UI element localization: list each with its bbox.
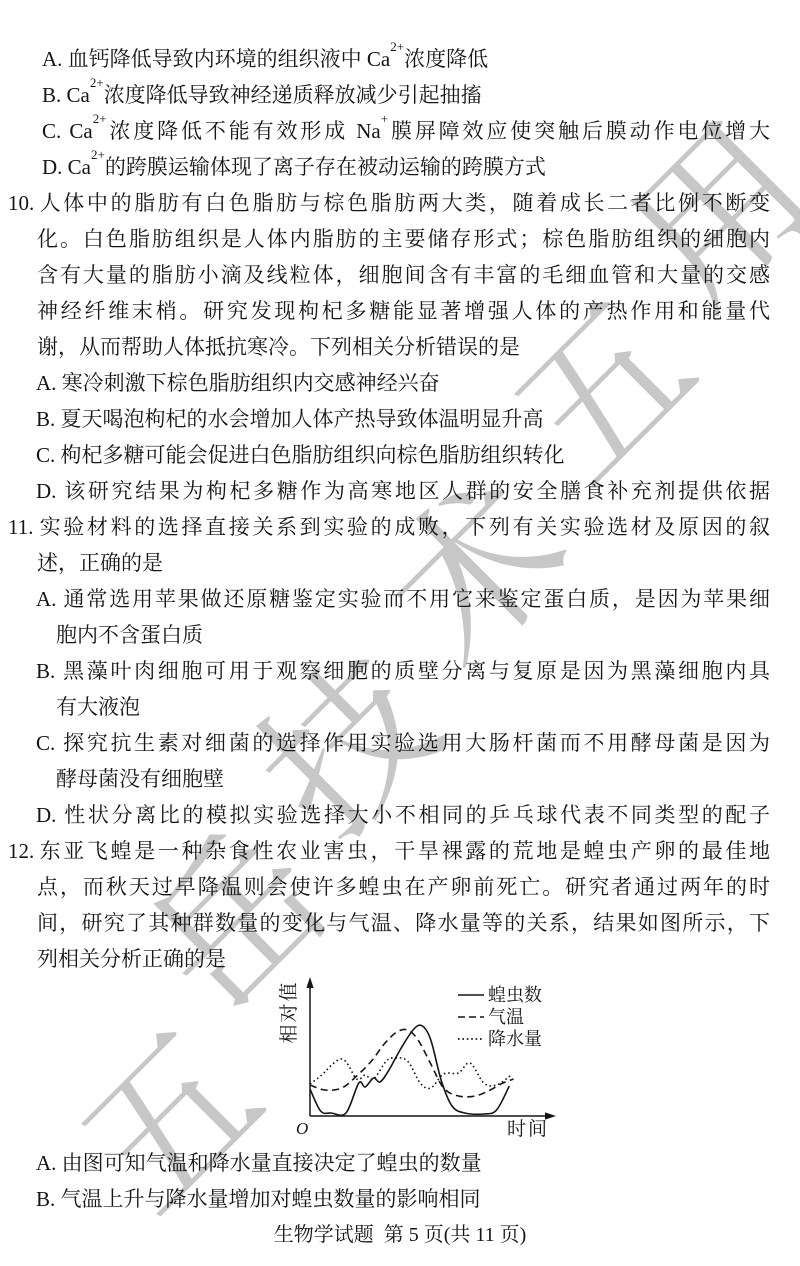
- line-text: 间，研究了其种群数量的变化与气温、降水量等的关系，结果如图所示，下: [37, 911, 770, 935]
- option-line: 胞内不含蛋白质: [0, 617, 800, 653]
- line-text: D. 该研究结果为枸杞多糖作为高寒地区人群的安全膳食补充剂提供依据: [36, 479, 770, 503]
- question-line: 11.实验材料的选择直接关系到实验的成败，下列有关实验选材及原因的叙: [0, 509, 800, 545]
- line-text: C. 探究抗生素对细菌的选择作用实验选用大肠杆菌而不用酵母菌是因为: [36, 731, 770, 755]
- legend-label-locusts: 蝗虫数: [488, 985, 542, 1005]
- question-line: 述，正确的是: [0, 545, 800, 581]
- chart-row: 相对值 时间 O 蝗虫数 气温 降水量: [0, 977, 800, 1145]
- y-axis-arrow: [306, 977, 313, 988]
- exam-page: 五岳技术五用 A. 血钙降低导致内环境的组织液中 Ca2+浓度降低B. Ca2+…: [0, 0, 800, 1266]
- option-line: C. 探究抗生素对细菌的选择作用实验选用大肠杆菌而不用酵母菌是因为: [0, 725, 800, 761]
- footer-page-number: 第 5 页(共 11 页): [384, 1224, 527, 1246]
- line-text: 列相关分析正确的是: [37, 947, 226, 971]
- option-line: A. 血钙降低导致内环境的组织液中 Ca2+浓度降低: [0, 41, 800, 77]
- line-text: 述，正确的是: [37, 551, 163, 575]
- question-line: 化。白色脂肪组织是人体内脂肪的主要储存形式；棕色脂肪组织的细胞内: [0, 221, 800, 257]
- page-footer: 生物学试题第 5 页(共 11 页): [0, 1217, 800, 1253]
- option-line: D. 性状分离比的模拟实验选择大小不相同的乒乓球代表不同类型的配子: [0, 797, 800, 833]
- option-line: C. Ca2+浓度降低不能有效形成 Na+膜屏障效应使突触后膜动作电位增大: [0, 113, 800, 149]
- exam-content: A. 血钙降低导致内环境的组织液中 Ca2+浓度降低B. Ca2+浓度降低导致神…: [0, 0, 800, 1217]
- question-line: 12.东亚飞蝗是一种杂食性农业害虫，干旱裸露的荒地是蝗虫产卵的最佳地: [0, 833, 800, 869]
- option-line: A. 通常选用苹果做还原糖鉴定实验而不用它来鉴定蛋白质，是因为苹果细: [0, 581, 800, 617]
- question-number: 11.: [8, 509, 37, 545]
- option-line: A. 寒冷刺激下棕色脂肪组织内交感神经兴奋: [0, 365, 800, 401]
- option-line: 有大液泡: [0, 689, 800, 725]
- line-text: A. 寒冷刺激下棕色脂肪组织内交感神经兴奋: [36, 371, 440, 395]
- line-text: B. 夏天喝泡枸杞的水会增加人体产热导致体温明显升高: [36, 407, 544, 431]
- line-text: 胞内不含蛋白质: [56, 623, 203, 647]
- legend: 蝗虫数 气温 降水量: [458, 985, 542, 1049]
- line-text: 谢，从而帮助人体抵抗寒冷。下列相关分析错误的是: [37, 335, 520, 359]
- question-line: 神经纤维末梢。研究发现枸杞多糖能显著增强人体的产热作用和能量代: [0, 293, 800, 329]
- question-line: 10.人体中的脂肪有白色脂肪与棕色脂肪两大类，随着成长二者比例不断变: [0, 185, 800, 221]
- origin-label: O: [296, 1119, 308, 1138]
- option-line: C. 枸杞多糖可能会促进白色脂肪组织向棕色脂肪组织转化: [0, 437, 800, 473]
- line-text: B. 气温上升与降水量增加对蝗虫数量的影响相同: [36, 1187, 481, 1211]
- series-path-temperature: [310, 1029, 514, 1096]
- option-line: B. 气温上升与降水量增加对蝗虫数量的影响相同: [0, 1181, 800, 1217]
- question-line: 列相关分析正确的是: [0, 941, 800, 977]
- question-line: 谢，从而帮助人体抵抗寒冷。下列相关分析错误的是: [0, 329, 800, 365]
- line-text: B. Ca2+浓度降低导致神经递质释放减少引起抽搐: [42, 83, 482, 107]
- line-text: 点，而秋天过早降温则会使许多蝗虫在产卵前死亡。研究者通过两年的时: [37, 875, 770, 899]
- footer-doc-title: 生物学试题: [274, 1224, 374, 1246]
- line-text: 化。白色脂肪组织是人体内脂肪的主要储存形式；棕色脂肪组织的细胞内: [37, 227, 770, 251]
- line-text: D. Ca2+的跨膜运输体现了离子存在被动运输的跨膜方式: [42, 155, 546, 179]
- question-number: 12.: [8, 833, 37, 869]
- option-line: D. Ca2+的跨膜运输体现了离子存在被动运输的跨膜方式: [0, 149, 800, 185]
- option-line: 酵母菌没有细胞壁: [0, 761, 800, 797]
- line-text: 神经纤维末梢。研究发现枸杞多糖能显著增强人体的产热作用和能量代: [37, 299, 770, 323]
- question-line: 间，研究了其种群数量的变化与气温、降水量等的关系，结果如图所示，下: [0, 905, 800, 941]
- question-line: 含有大量的脂肪小滴及线粒体，细胞间含有丰富的毛细血管和大量的交感: [0, 257, 800, 293]
- option-line: B. 夏天喝泡枸杞的水会增加人体产热导致体温明显升高: [0, 401, 800, 437]
- line-text: 东亚飞蝗是一种杂食性农业害虫，干旱裸露的荒地是蝗虫产卵的最佳地: [37, 839, 770, 863]
- line-text: D. 性状分离比的模拟实验选择大小不相同的乒乓球代表不同类型的配子: [36, 803, 770, 827]
- line-text: 酵母菌没有细胞壁: [56, 767, 224, 791]
- option-line: D. 该研究结果为枸杞多糖作为高寒地区人群的安全膳食补充剂提供依据: [0, 473, 800, 509]
- line-text: A. 血钙降低导致内环境的组织液中 Ca2+浓度降低: [42, 47, 488, 71]
- option-line: B. 黑藻叶肉细胞可用于观察细胞的质壁分离与复原是因为黑藻细胞内具: [0, 653, 800, 689]
- line-text: C. Ca2+浓度降低不能有效形成 Na+膜屏障效应使突触后膜动作电位增大: [42, 119, 770, 143]
- line-text: B. 黑藻叶肉细胞可用于观察细胞的质壁分离与复原是因为黑藻细胞内具: [36, 659, 770, 683]
- line-text: 有大液泡: [56, 695, 140, 719]
- line-text: A. 通常选用苹果做还原糖鉴定实验而不用它来鉴定蛋白质，是因为苹果细: [36, 587, 770, 611]
- line-text: 含有大量的脂肪小滴及线粒体，细胞间含有丰富的毛细血管和大量的交感: [37, 263, 770, 287]
- x-axis-label: 时间: [507, 1118, 549, 1140]
- legend-label-temperature: 气温: [488, 1007, 524, 1027]
- population-chart: 相对值 时间 O 蝗虫数 气温 降水量: [270, 975, 580, 1160]
- option-line: B. Ca2+浓度降低导致神经递质释放减少引起抽搐: [0, 77, 800, 113]
- question-line: 点，而秋天过早降温则会使许多蝗虫在产卵前死亡。研究者通过两年的时: [0, 869, 800, 905]
- series-path-precipitation: [310, 1058, 511, 1089]
- line-text: C. 枸杞多糖可能会促进白色脂肪组织向棕色脂肪组织转化: [36, 443, 565, 467]
- line-text: 实验材料的选择直接关系到实验的成败，下列有关实验选材及原因的叙: [37, 515, 770, 539]
- legend-label-precipitation: 降水量: [488, 1029, 542, 1049]
- series-path-locusts: [310, 1025, 509, 1115]
- y-axis-label: 相对值: [278, 980, 300, 1043]
- question-number: 10.: [8, 185, 37, 221]
- line-text: 人体中的脂肪有白色脂肪与棕色脂肪两大类，随着成长二者比例不断变: [37, 191, 770, 215]
